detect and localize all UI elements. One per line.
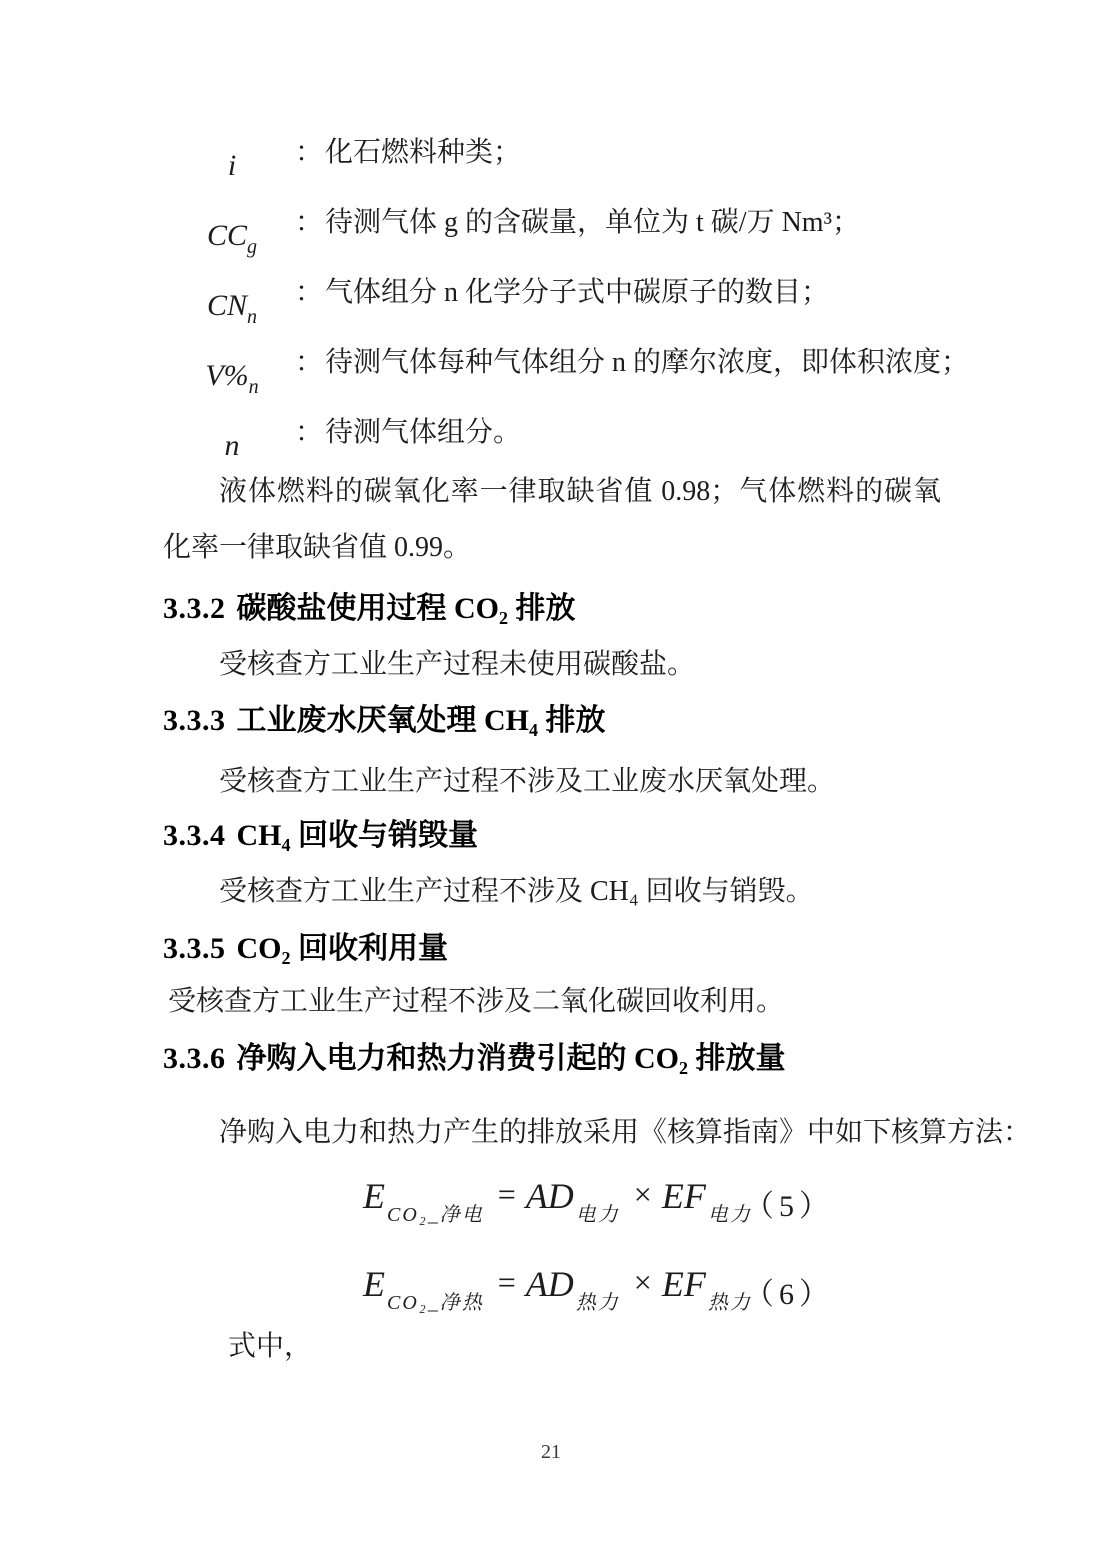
formula-term1: AD	[526, 1264, 574, 1304]
symbol-base: CN	[207, 289, 247, 322]
formula-term2: EF	[662, 1264, 706, 1304]
definition-colon: ：	[295, 417, 323, 448]
section-body-3-3-3: 受核查方工业生产过程不涉及工业废水厌氧处理。	[219, 767, 835, 797]
formula-term1-subscript: 热力	[576, 1292, 620, 1314]
section-body-3-3-6: 净购入电力和热力产生的排放采用《核算指南》中如下核算方法：	[219, 1118, 1031, 1148]
definition-row: CNn ：气体组分 n 化学分子式中碳原子的数目；	[0, 278, 1102, 344]
definition-colon: ：	[295, 137, 323, 168]
multiply-sign: ×	[634, 1176, 652, 1212]
definition-description: 待测气体每种气体组分 n 的摩尔浓度，即体积浓度；	[325, 347, 969, 378]
symbol-base: CC	[207, 219, 247, 252]
definition-symbol: i	[163, 151, 301, 187]
section-heading-3-3-4: 3.3.4CH₄ 回收与销毁量	[163, 820, 478, 852]
definition-symbol: CCg	[163, 221, 301, 257]
formula-lhs: E	[363, 1264, 385, 1304]
definition-row: i ：化石燃料种类；	[0, 138, 1102, 204]
section-title: 工业废水厌氧处理 CH₄ 排放	[237, 704, 606, 737]
oxidation-note-paragraph: 液体燃料的碳氧化率一律取缺省值 0.98；气体燃料的碳氧化率一律取缺省值 0.9…	[163, 464, 941, 576]
section-body-3-3-2: 受核查方工业生产过程未使用碳酸盐。	[219, 650, 695, 680]
definition-symbol: n	[163, 431, 301, 467]
definition-text: ：待测气体每种气体组分 n 的摩尔浓度，即体积浓度；	[295, 348, 969, 378]
section-number: 3.3.2	[163, 592, 226, 625]
formula-lhs: E	[363, 1176, 385, 1216]
symbol-subscript: n	[249, 376, 259, 398]
formula-lhs-subscript: CO₂_净热	[387, 1292, 484, 1314]
document-page: i ：化石燃料种类； CCg ：待测气体 g 的含碳量，单位为 t 碳/万 Nm…	[0, 0, 1102, 1559]
formula-5-expression: ECO₂_净电=AD电力×EF电力	[363, 1176, 756, 1227]
definition-text: ：待测气体组分。	[295, 418, 521, 448]
multiply-sign: ×	[634, 1264, 652, 1300]
formula-term1: AD	[526, 1176, 574, 1216]
formula-term2: EF	[662, 1176, 706, 1216]
equals-sign: =	[498, 1176, 516, 1212]
symbol-base: V%	[205, 359, 248, 392]
definition-colon: ：	[295, 277, 323, 308]
section-body-3-3-4: 受核查方工业生产过程不涉及 CH₄ 回收与销毁。	[219, 877, 814, 907]
equation-number-6: （6）	[744, 1269, 834, 1313]
symbol-base: i	[228, 149, 236, 182]
section-heading-3-3-3: 3.3.3工业废水厌氧处理 CH₄ 排放	[163, 705, 606, 737]
definition-text: ：气体组分 n 化学分子式中碳原子的数目；	[295, 278, 829, 308]
definition-row: CCg ：待测气体 g 的含碳量，单位为 t 碳/万 Nm³；	[0, 208, 1102, 274]
symbol-base: n	[225, 429, 240, 462]
definition-text: ：待测气体 g 的含碳量，单位为 t 碳/万 Nm³；	[295, 208, 860, 238]
section-heading-3-3-2: 3.3.2碳酸盐使用过程 CO₂ 排放	[163, 593, 576, 625]
definition-description: 待测气体组分。	[325, 417, 521, 448]
section-heading-3-3-6: 3.3.6净购入电力和热力消费引起的 CO₂ 排放量	[163, 1043, 786, 1075]
section-number: 3.3.4	[163, 819, 226, 852]
definition-text: ：化石燃料种类；	[295, 138, 521, 168]
definition-description: 气体组分 n 化学分子式中碳原子的数目；	[325, 277, 829, 308]
section-title: 净购入电力和热力消费引起的 CO₂ 排放量	[237, 1042, 786, 1075]
formula-5-row: ECO₂_净电=AD电力×EF电力 （5）	[0, 1176, 1102, 1248]
formula-6-expression: ECO₂_净热=AD热力×EF热力	[363, 1264, 756, 1315]
definition-description: 待测气体 g 的含碳量，单位为 t 碳/万 Nm³；	[325, 207, 860, 238]
section-number: 3.3.5	[163, 932, 226, 965]
definition-symbol: V%n	[163, 361, 301, 397]
definition-colon: ：	[295, 207, 323, 238]
definition-symbol: CNn	[163, 291, 301, 327]
definition-colon: ：	[295, 347, 323, 378]
equation-number-5: （5）	[744, 1181, 834, 1225]
section-heading-3-3-5: 3.3.5CO₂ 回收利用量	[163, 933, 448, 965]
section-title: 碳酸盐使用过程 CO₂ 排放	[237, 592, 576, 625]
where-label: 式中，	[228, 1332, 312, 1362]
symbol-subscript: n	[247, 306, 257, 328]
definition-description: 化石燃料种类；	[325, 137, 521, 168]
section-title: CO₂ 回收利用量	[237, 932, 449, 965]
symbol-subscript: g	[247, 236, 257, 258]
section-body-3-3-5: 受核查方工业生产过程不涉及二氧化碳回收利用。	[168, 987, 784, 1017]
section-number: 3.3.6	[163, 1042, 226, 1075]
formula-6-row: ECO₂_净热=AD热力×EF热力 （6）	[0, 1264, 1102, 1336]
section-number: 3.3.3	[163, 704, 226, 737]
definition-row: V%n ：待测气体每种气体组分 n 的摩尔浓度，即体积浓度；	[0, 348, 1102, 414]
formula-lhs-subscript: CO₂_净电	[387, 1204, 484, 1226]
formula-term1-subscript: 电力	[576, 1204, 620, 1226]
page-number: 21	[0, 1441, 1102, 1464]
equals-sign: =	[498, 1264, 516, 1300]
section-title: CH₄ 回收与销毁量	[237, 819, 479, 852]
